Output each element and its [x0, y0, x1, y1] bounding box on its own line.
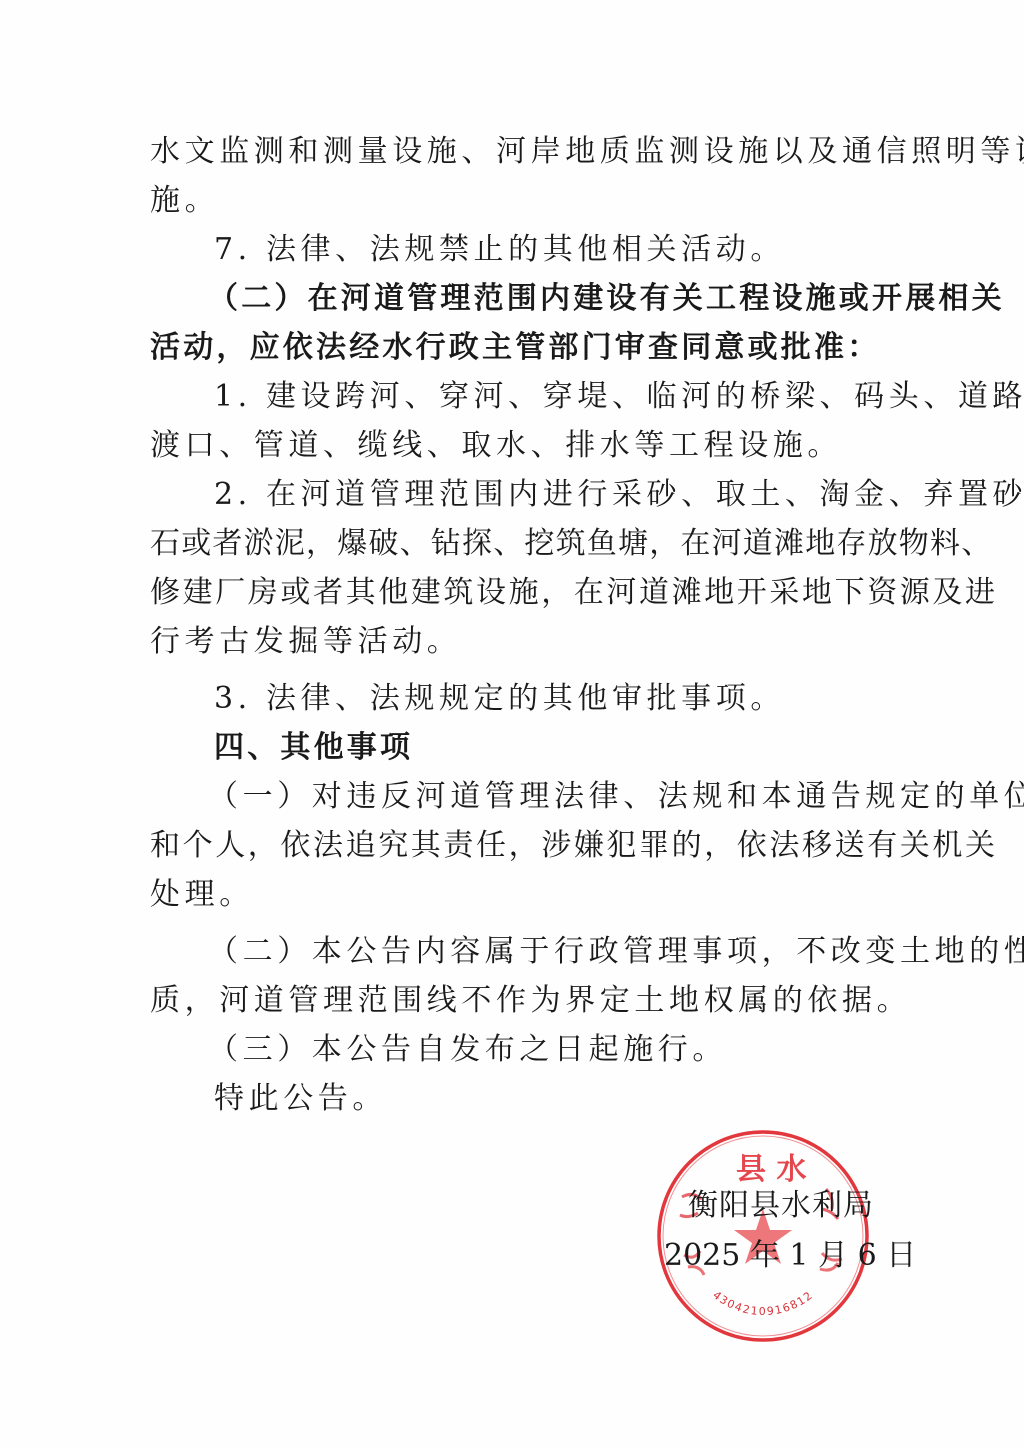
section-heading-2-cont: 活动，应依法经水行政主管部门审查同意或批准： [150, 324, 880, 372]
clause-1-cont: 处理。 [150, 871, 254, 919]
clause-2-cont: 质，河道管理范围线不作为界定土地权属的依据。 [150, 977, 911, 1025]
list-item-2: 2. 在河道管理范围内进行采砂、取土、淘金、弃置砂 [214, 471, 1024, 519]
issuer-name: 衡阳县水利局 [688, 1186, 874, 1226]
seal-top-text: 县 水 [736, 1152, 806, 1187]
issue-date: 2025 年 1 月 6 日 [664, 1236, 916, 1276]
list-item-1-cont: 渡口、管道、缆线、取水、排水等工程设施。 [150, 422, 842, 470]
list-item-2-cont: 行考古发掘等活动。 [150, 618, 461, 666]
list-item-2-cont: 修建厂房或者其他建筑设施，在河道滩地开采地下资源及进 [150, 569, 998, 617]
list-item-7: 7. 法律、法规禁止的其他相关活动。 [214, 226, 785, 274]
paragraph-line: 水文监测和测量设施、河岸地质监测设施以及通信照明等设 [150, 128, 1024, 176]
clause-1: （一）对违反河道管理法律、法规和本通告规定的单位 [208, 773, 1024, 821]
document-page: 水文监测和测量设施、河岸地质监测设施以及通信照明等设 施。 7. 法律、法规禁止… [0, 0, 1024, 1448]
section-heading-4: 四、其他事项 [214, 724, 413, 772]
list-item-3: 3. 法律、法规规定的其他审批事项。 [214, 675, 785, 723]
clause-3: （三）本公告自发布之日起施行。 [208, 1026, 727, 1074]
closing-statement: 特此公告。 [214, 1075, 387, 1123]
paragraph-line: 施。 [150, 177, 219, 225]
list-item-2-cont: 石或者淤泥，爆破、钻探、挖筑鱼塘，在河道滩地存放物料、 [150, 520, 992, 568]
list-item-1: 1. 建设跨河、穿河、穿堤、临河的桥梁、码头、道路、 [214, 373, 1024, 421]
svg-text:4304210916812: 4304210916812 [710, 1288, 815, 1318]
section-heading-2: （二）在河道管理范围内建设有关工程设施或开展相关 [208, 275, 1005, 323]
clause-2: （二）本公告内容属于行政管理事项，不改变土地的性 [208, 928, 1024, 976]
seal-code: 4304210916812 [710, 1288, 815, 1318]
clause-1-cont: 和个人，依法追究其责任，涉嫌犯罪的，依法移送有关机关 [150, 822, 998, 870]
